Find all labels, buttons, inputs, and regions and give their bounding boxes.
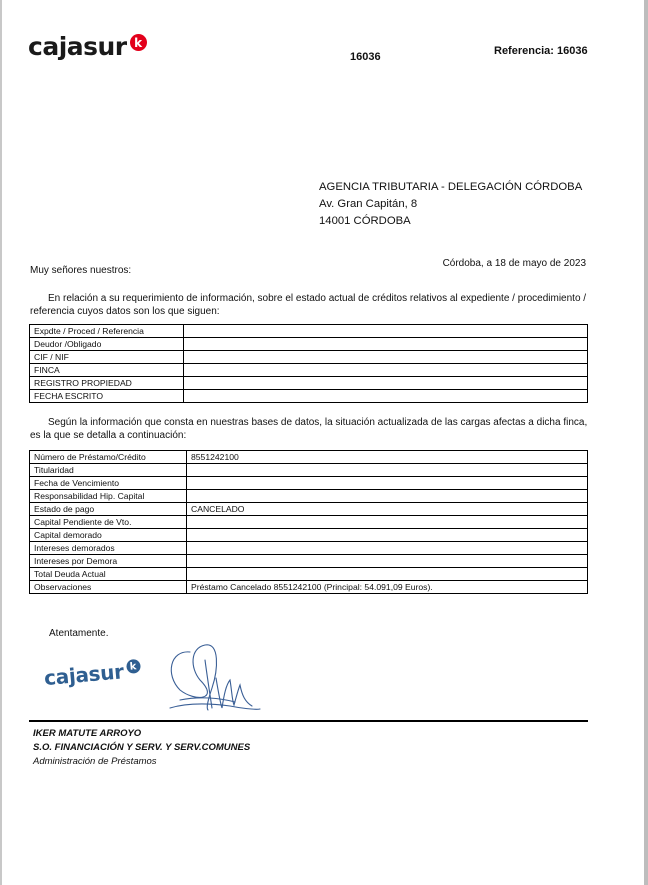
row-value <box>187 464 588 477</box>
row-label: Capital demorado <box>30 529 187 542</box>
row-label: Expdte / Proced / Referencia <box>30 325 184 338</box>
row-label: Intereses por Demora <box>30 555 187 568</box>
row-label: Deudor /Obligado <box>30 338 184 351</box>
row-value <box>187 529 588 542</box>
table-row: REGISTRO PROPIEDAD <box>30 377 588 390</box>
row-label: Intereses demorados <box>30 542 187 555</box>
recipient-line-2: Av. Gran Capitán, 8 <box>319 196 582 213</box>
cajasur-stamp: cajasur k <box>43 658 141 690</box>
signer-role: Administración de Préstamos <box>33 755 250 769</box>
logo-k-badge-icon: k <box>130 34 147 51</box>
table-row: Estado de pagoCANCELADO <box>30 503 588 516</box>
page-scrollbar-edge <box>644 0 648 885</box>
cajasur-logo: cajasur k <box>28 32 147 61</box>
row-label: FINCA <box>30 364 184 377</box>
signer-block: IKER MATUTE ARROYO S.O. FINANCIACIÓN Y S… <box>33 727 250 769</box>
table-row: Deudor /Obligado <box>30 338 588 351</box>
row-label: REGISTRO PROPIEDAD <box>30 377 184 390</box>
row-label: Total Deuda Actual <box>30 568 187 581</box>
table-row: Capital demorado <box>30 529 588 542</box>
recipient-line-3: 14001 CÓRDOBA <box>319 213 582 230</box>
row-value <box>184 351 588 364</box>
table-row: Responsabilidad Hip. Capital <box>30 490 588 503</box>
row-label: Responsabilidad Hip. Capital <box>30 490 187 503</box>
row-value <box>187 477 588 490</box>
row-value <box>187 542 588 555</box>
greeting: Muy señores nuestros: <box>30 265 131 276</box>
row-value <box>184 377 588 390</box>
table-row: Fecha de Vencimiento <box>30 477 588 490</box>
page-border-left <box>0 0 2 885</box>
letter-date: Córdoba, a 18 de mayo de 2023 <box>443 258 586 269</box>
row-value <box>184 390 588 403</box>
stamp-k-badge-icon: k <box>126 659 141 674</box>
table-row: FECHA ESCRITO <box>30 390 588 403</box>
signer-department: S.O. FINANCIACIÓN Y SERV. Y SERV.COMUNES <box>33 741 250 755</box>
table-row: Expdte / Proced / Referencia <box>30 325 588 338</box>
row-value <box>184 325 588 338</box>
row-label: FECHA ESCRITO <box>30 390 184 403</box>
row-label: Número de Préstamo/Crédito <box>30 451 187 464</box>
reference-number: Referencia: 16036 <box>494 45 588 57</box>
intro-paragraph-text: En relación a su requerimiento de inform… <box>30 293 586 317</box>
signer-name: IKER MATUTE ARROYO <box>33 727 250 741</box>
row-value <box>187 568 588 581</box>
table-row: Intereses demorados <box>30 542 588 555</box>
recipient-address: AGENCIA TRIBUTARIA - DELEGACIÓN CÓRDOBA … <box>319 179 582 230</box>
row-label: Titularidad <box>30 464 187 477</box>
loan-status-table: Número de Préstamo/Crédito8551242100Titu… <box>29 450 588 594</box>
row-label: Capital Pendiente de Vto. <box>30 516 187 529</box>
signature-divider <box>29 720 588 722</box>
row-label: Estado de pago <box>30 503 187 516</box>
row-value: Préstamo Cancelado 8551242100 (Principal… <box>187 581 588 594</box>
closing: Atentamente. <box>49 628 108 639</box>
table-row: Total Deuda Actual <box>30 568 588 581</box>
row-value: CANCELADO <box>187 503 588 516</box>
table-row: Titularidad <box>30 464 588 477</box>
row-label: Fecha de Vencimiento <box>30 477 187 490</box>
table-row: Capital Pendiente de Vto. <box>30 516 588 529</box>
handwritten-signature-icon <box>160 640 270 715</box>
request-details-table: Expdte / Proced / ReferenciaDeudor /Obli… <box>29 324 588 403</box>
stamp-text: cajasur <box>43 659 124 690</box>
intro-paragraph: En relación a su requerimiento de inform… <box>30 292 590 318</box>
row-label: Observaciones <box>30 581 187 594</box>
row-value: 8551242100 <box>187 451 588 464</box>
recipient-line-1: AGENCIA TRIBUTARIA - DELEGACIÓN CÓRDOBA <box>319 179 582 196</box>
document-number: 16036 <box>350 51 381 63</box>
status-paragraph: Según la información que consta en nuest… <box>30 416 590 442</box>
row-label: CIF / NIF <box>30 351 184 364</box>
table-row: CIF / NIF <box>30 351 588 364</box>
row-value <box>187 555 588 568</box>
table-row: Intereses por Demora <box>30 555 588 568</box>
row-value <box>187 490 588 503</box>
table-row: Número de Préstamo/Crédito8551242100 <box>30 451 588 464</box>
row-value <box>187 516 588 529</box>
row-value <box>184 364 588 377</box>
logo-text: cajasur <box>28 32 127 61</box>
table-row: FINCA <box>30 364 588 377</box>
table-row: ObservacionesPréstamo Cancelado 85512421… <box>30 581 588 594</box>
row-value <box>184 338 588 351</box>
status-paragraph-text: Según la información que consta en nuest… <box>30 417 587 441</box>
